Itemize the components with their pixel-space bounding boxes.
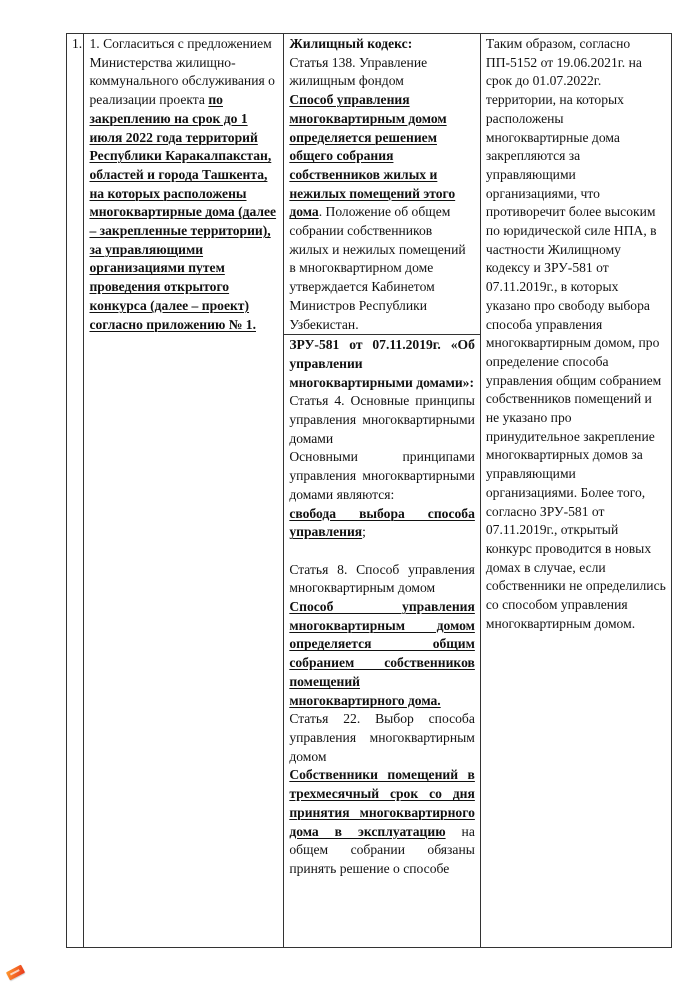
article22-title: Статья 22. Выбор способа управления мног… [289,710,475,766]
zru581-heading: ЗРУ-581 от 07.11.2019г. «Об управлении м… [289,336,475,392]
proposal-text: 1. Согласиться с предложением Министерст… [89,36,274,107]
row-number-cell: 1. [67,34,84,948]
spacer [289,542,475,561]
zru581-block: ЗРУ-581 от 07.11.2019г. «Об управлении м… [284,334,480,878]
article4-tail: ; [362,524,366,539]
article8-title: Статья 8. Способ управления многоквартир… [289,561,475,598]
pdf-tool-badge-icon[interactable] [6,965,25,981]
article8-emphasis: Способ управления многоквартирным домом … [289,598,475,710]
comment-text: Таким образом, согласно ПП-5152 от 19.06… [486,36,666,631]
proposal-cell: 1. Согласиться с предложением Министерст… [84,34,284,948]
article4-title: Статья 4. Основные принципы управления м… [289,392,475,448]
housing-code-rest: . Положение об общем собрании собственни… [289,204,465,331]
document-table: 1. 1. Согласиться с предложением Министе… [66,33,672,948]
housing-code-heading: Жилищный кодекс: [289,35,475,54]
article4-text: Основными принципами управления многоква… [289,448,475,504]
housing-code-article: Статья 138. Управление жилищным фондом [289,54,475,91]
row-number: 1. [72,36,82,51]
comment-cell: Таким образом, согласно ПП-5152 от 19.06… [480,34,671,948]
housing-code-emphasis: Способ управления многоквартирным домом … [289,92,455,219]
article4-emphasis: свобода выбора способа управления [289,506,475,540]
housing-code-block: Жилищный кодекс: Статья 138. Управление … [284,34,480,334]
table-row: 1. 1. Согласиться с предложением Министе… [67,34,672,948]
proposal-emphasis: по закреплению на срок до 1 июля 2022 го… [89,92,276,331]
law-cell: Жилищный кодекс: Статья 138. Управление … [284,34,481,948]
